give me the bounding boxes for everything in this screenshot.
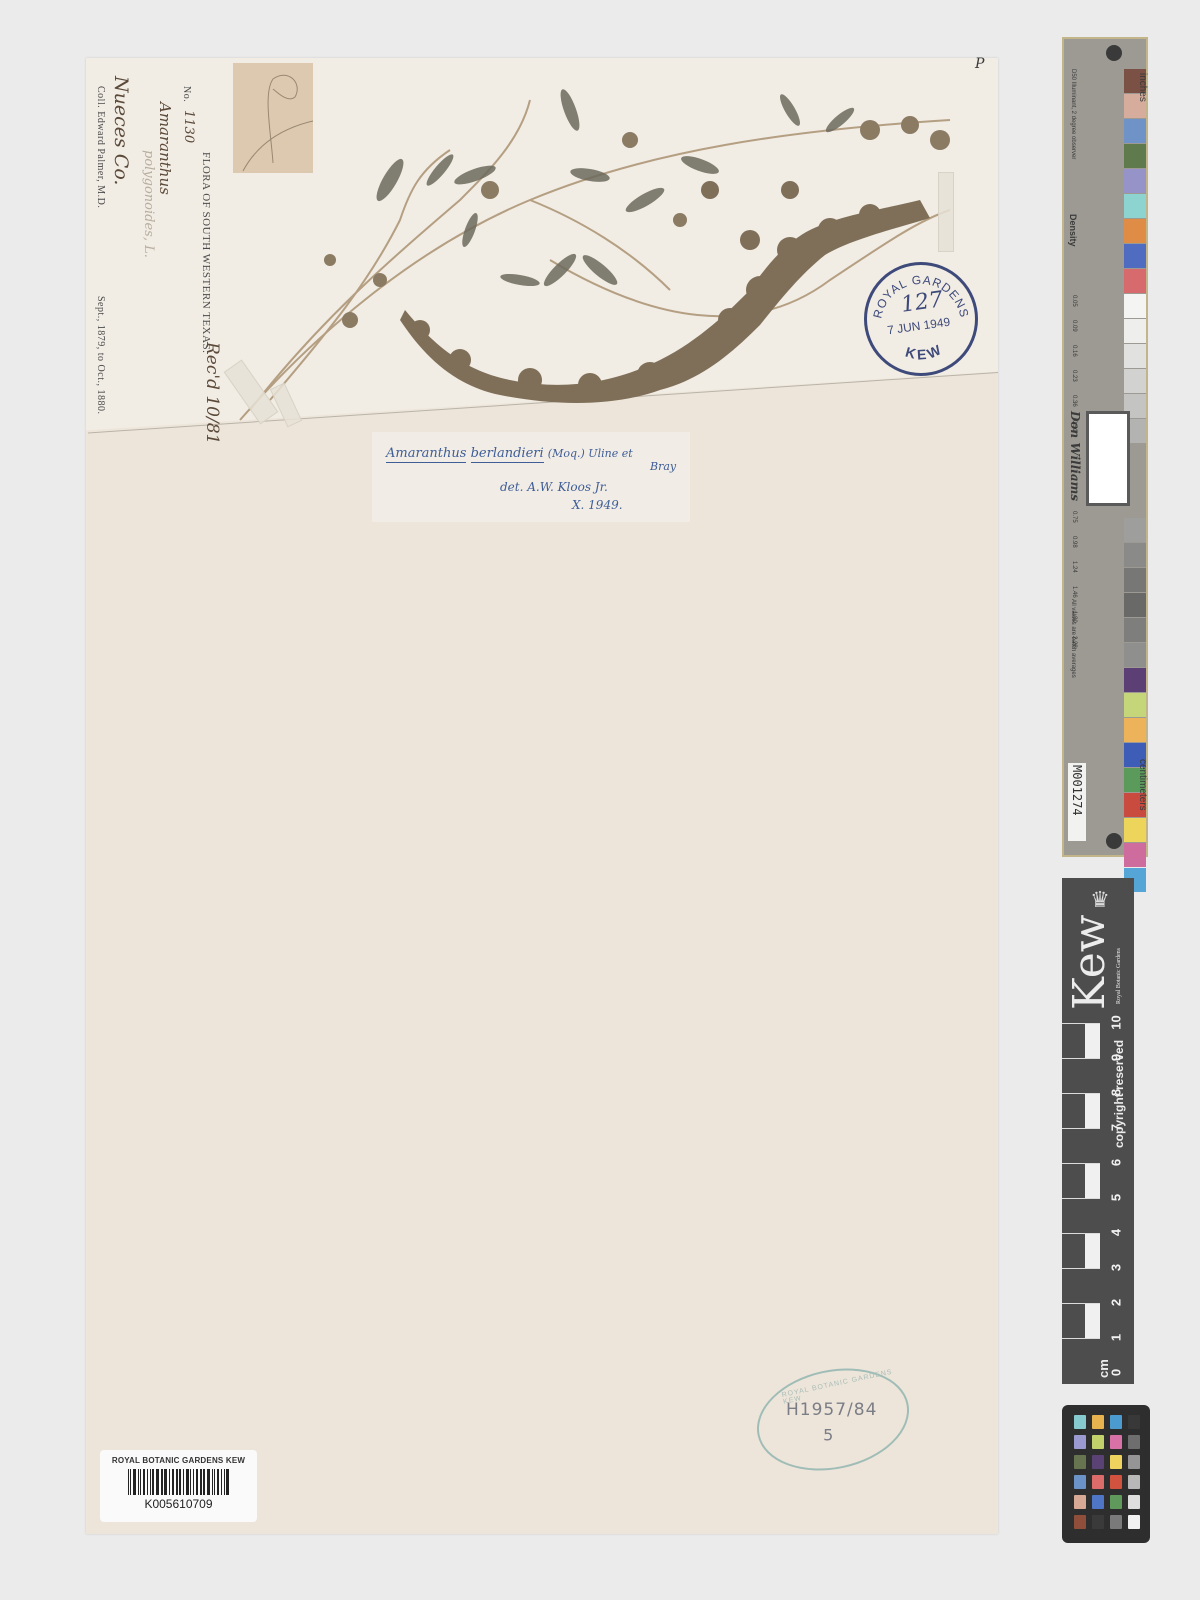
scale-segment — [1062, 1128, 1100, 1164]
scale-segment — [1062, 1023, 1100, 1059]
color-chip — [1092, 1515, 1104, 1529]
density-value: 1.80 — [1071, 611, 1077, 623]
density-value: 0.05 — [1071, 295, 1077, 307]
corner-mark: P — [975, 56, 984, 72]
resolution-target — [1086, 411, 1130, 506]
color-swatch — [1124, 144, 1146, 168]
color-swatch — [1124, 294, 1146, 318]
density-value: 0.09 — [1071, 320, 1077, 332]
color-swatch — [1124, 169, 1146, 193]
ruler-id: M001274 — [1070, 765, 1084, 816]
label-collector: Coll. Edward Palmer, M.D. — [95, 86, 106, 208]
ruler-hole-icon — [1106, 833, 1122, 849]
collector-label: FLORA OF SOUTH WESTERN TEXAS. No. 1130 A… — [92, 64, 222, 419]
color-swatch — [1124, 344, 1146, 368]
scale-tick-label: 4 — [1109, 1221, 1124, 1245]
color-chip — [1128, 1515, 1140, 1529]
label-number-prefix: No. — [181, 86, 192, 102]
color-chip — [1074, 1455, 1086, 1469]
density-value: 1.24 — [1071, 561, 1077, 573]
density-value: 1.46 — [1071, 586, 1077, 598]
scale-tick-label: 6 — [1109, 1151, 1124, 1175]
color-swatch — [1124, 843, 1146, 867]
color-chip — [1128, 1475, 1140, 1489]
color-checker-card — [1062, 1405, 1150, 1543]
label-number: 1130 — [181, 110, 196, 143]
scale-segment — [1062, 1093, 1100, 1129]
kew-scale-bar: ♛ Kew Royal Botanic Gardens copyright re… — [1062, 878, 1134, 1384]
color-swatch — [1124, 244, 1146, 268]
color-chip — [1128, 1455, 1140, 1469]
det-epithet: berlandieri — [471, 446, 544, 463]
color-swatch — [1124, 543, 1146, 567]
label-locality-handwritten: Nueces Co. — [110, 76, 132, 185]
ruler-id-tag: M001274 — [1068, 763, 1086, 841]
det-determiner: det. A.W. Kloos Jr. — [500, 480, 608, 494]
color-chip — [1110, 1415, 1122, 1429]
scale-segment — [1062, 1233, 1100, 1269]
scale-tick-label: 3 — [1109, 1256, 1124, 1280]
label-epithet-handwritten: polygonoides, L. — [141, 150, 156, 258]
scale-tick-label: 1 — [1109, 1326, 1124, 1350]
color-chip — [1092, 1415, 1104, 1429]
color-swatch — [1124, 618, 1146, 642]
color-swatch — [1124, 269, 1146, 293]
label-heading: FLORA OF SOUTH WESTERN TEXAS. — [200, 152, 212, 353]
color-chip — [1110, 1475, 1122, 1489]
color-swatch — [1124, 369, 1146, 393]
color-chip — [1110, 1435, 1122, 1449]
color-chip — [1128, 1495, 1140, 1509]
kew-logo: Kew — [1064, 915, 1115, 1010]
royal-gardens-stamp: ROYAL GARDENS KEW 127 7 JUN 1949 — [864, 262, 978, 376]
scale-segment — [1062, 1338, 1100, 1374]
color-chip — [1110, 1455, 1122, 1469]
color-chip — [1074, 1515, 1086, 1529]
ruler-observer-note: D50 Illuminant, 2 degree observer — [1070, 69, 1076, 159]
color-calibration-ruler: inches centimeters D50 Illuminant, 2 deg… — [1062, 37, 1148, 857]
det-date: X. 1949. — [572, 498, 623, 512]
scale-segment — [1062, 1163, 1100, 1199]
plant-specimen — [230, 80, 970, 425]
barcode-label: ROYAL BOTANIC GARDENS KEW K005610709 — [100, 1450, 257, 1522]
color-chip — [1092, 1475, 1104, 1489]
color-chip — [1128, 1415, 1140, 1429]
mounting-tape — [938, 172, 954, 252]
det-authority-cont: Bray — [650, 460, 676, 473]
color-swatch — [1124, 818, 1146, 842]
color-swatch — [1124, 319, 1146, 343]
color-swatch — [1124, 718, 1146, 742]
accession-number: H1957/84 — [786, 1400, 877, 1420]
scale-tick-label: 10 — [1109, 1011, 1124, 1035]
color-swatch — [1124, 668, 1146, 692]
color-chip — [1092, 1435, 1104, 1449]
det-taxon-name: Amaranthus berlandieri (Moq.) Uline et — [386, 446, 633, 461]
scale-segment — [1062, 1268, 1100, 1304]
label-received-handwritten: Rec'd 10/81 — [202, 342, 222, 444]
ruler-hole-icon — [1106, 45, 1122, 61]
scale-tick-label: 8 — [1109, 1081, 1124, 1105]
stamp-bottom-text: KEW — [904, 340, 946, 362]
color-chip — [1074, 1475, 1086, 1489]
barcode-number: K005610709 — [100, 1497, 257, 1511]
color-swatch — [1124, 518, 1146, 542]
color-chip — [1092, 1495, 1104, 1509]
color-swatch — [1124, 593, 1146, 617]
label-genus-handwritten: Amaranthus — [156, 102, 174, 195]
density-value: 0.36 — [1071, 395, 1077, 407]
density-value: 0.23 — [1071, 370, 1077, 382]
color-swatch — [1124, 693, 1146, 717]
scale-segment — [1062, 1058, 1100, 1094]
ruler-units-top: inches — [1137, 73, 1148, 102]
density-value: 0.51 — [1071, 420, 1077, 432]
color-swatch — [1124, 219, 1146, 243]
color-chip — [1092, 1455, 1104, 1469]
svg-text:KEW: KEW — [904, 340, 946, 362]
ruler-units-bottom: centimeters — [1137, 759, 1148, 811]
barcode-title: ROYAL BOTANIC GARDENS KEW — [100, 1456, 257, 1465]
color-chip — [1074, 1435, 1086, 1449]
barcode-icon — [128, 1469, 230, 1495]
density-value: 2.28 — [1071, 636, 1077, 648]
royal-crest-icon: ♛ — [1082, 886, 1118, 914]
det-authority: (Moq.) Uline et — [548, 447, 633, 460]
color-swatch — [1124, 119, 1146, 143]
density-value: 0.16 — [1071, 345, 1077, 357]
scale-tick-label: 9 — [1109, 1046, 1124, 1070]
density-value: 0.75 — [1071, 511, 1077, 523]
det-genus: Amaranthus — [386, 446, 466, 463]
kew-logo-subtitle: Royal Botanic Gardens — [1116, 948, 1122, 1004]
centimeter-scale — [1062, 1023, 1102, 1373]
color-swatch — [1124, 643, 1146, 667]
color-chip — [1110, 1495, 1122, 1509]
scale-segment — [1062, 1303, 1100, 1339]
accession-sub: 5 — [823, 1425, 833, 1444]
determination-slip: Amaranthus berlandieri (Moq.) Uline et B… — [372, 432, 690, 522]
color-chip — [1074, 1495, 1086, 1509]
scale-tick-label: 7 — [1109, 1116, 1124, 1140]
color-chip — [1074, 1415, 1086, 1429]
density-value: 0.98 — [1071, 536, 1077, 548]
color-swatch — [1124, 194, 1146, 218]
scale-tick-label: 5 — [1109, 1186, 1124, 1210]
color-chip — [1128, 1435, 1140, 1449]
label-dates: Sept., 1879, to Oct., 1880. — [95, 296, 106, 415]
color-swatch — [1124, 568, 1146, 592]
ruler-density-label: Density — [1068, 214, 1078, 247]
scale-tick-label: 0 — [1109, 1361, 1124, 1385]
scale-tick-label: 2 — [1109, 1291, 1124, 1315]
scale-segment — [1062, 1198, 1100, 1234]
color-chip — [1110, 1515, 1122, 1529]
